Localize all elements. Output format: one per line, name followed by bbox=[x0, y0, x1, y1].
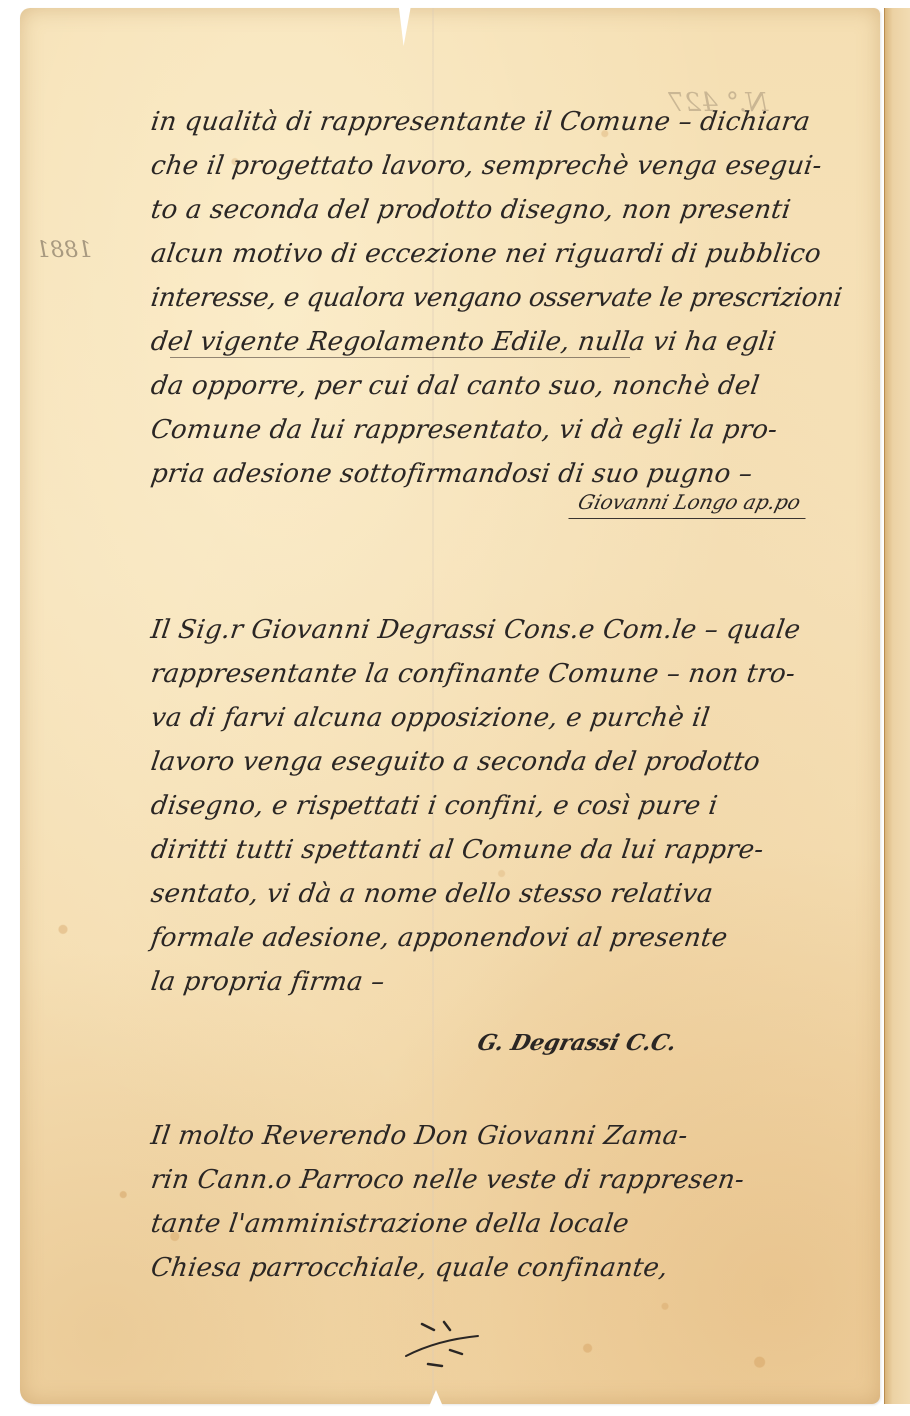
text-line: la propria firma – bbox=[148, 960, 884, 1004]
regolamento-underline bbox=[170, 357, 630, 358]
paragraph-1: in qualità di rappresentante il Comune –… bbox=[148, 100, 878, 496]
text-line: disegno, e rispettati i confini, e così … bbox=[148, 784, 884, 828]
text-line: rappresentante la confinante Comune – no… bbox=[148, 652, 884, 696]
text-line: lavoro venga eseguito a seconda del prod… bbox=[148, 740, 884, 784]
text-line: interesse, e qualora vengano osservate l… bbox=[148, 276, 884, 320]
text-line: che il progettato lavoro, semprechè veng… bbox=[148, 144, 884, 188]
text-line: diritti tutti spettanti al Comune da lui… bbox=[148, 828, 884, 872]
text-line: rin Cann.o Parroco nelle veste di rappre… bbox=[148, 1158, 884, 1202]
adjacent-sheet-edge bbox=[884, 8, 910, 1404]
text-line: da opporre, per cui dal canto suo, nonch… bbox=[148, 364, 884, 408]
text-line: formale adesione, apponendovi al present… bbox=[148, 916, 884, 960]
text-line: Il Sig.r Giovanni Degrassi Cons.e Com.le… bbox=[148, 608, 884, 652]
text-line: in qualità di rappresentante il Comune –… bbox=[148, 100, 884, 144]
text-line: tante l'amministrazione della locale bbox=[148, 1202, 884, 1246]
text-line: Chiesa parrocchiale, quale confinante, bbox=[148, 1246, 884, 1290]
text-line: Il molto Reverendo Don Giovanni Zama- bbox=[148, 1114, 884, 1158]
text-line: to a seconda del prodotto disegno, non p… bbox=[148, 188, 884, 232]
paragraph-3: Il molto Reverendo Don Giovanni Zama- ri… bbox=[148, 1114, 878, 1290]
end-flourish-icon bbox=[392, 1318, 482, 1368]
text-line: Comune da lui rappresentato, vi dà egli … bbox=[148, 408, 884, 452]
paragraph-2: Il Sig.r Giovanni Degrassi Cons.e Com.le… bbox=[148, 608, 878, 1004]
text-line: va di farvi alcuna opposizione, e purchè… bbox=[148, 696, 884, 740]
text-line: sentato, vi dà a nome dello stesso relat… bbox=[148, 872, 884, 916]
paragraph-gap bbox=[148, 1004, 878, 1114]
signature-giovanni-longo: Giovanni Longo ap.po bbox=[568, 490, 813, 519]
manuscript-body: in qualità di rappresentante il Comune –… bbox=[148, 100, 878, 1290]
signature-degrassi: G. Degrassi C.C. bbox=[475, 1030, 679, 1056]
text-line: alcun motivo di eccezione nei riguardi d… bbox=[148, 232, 884, 276]
